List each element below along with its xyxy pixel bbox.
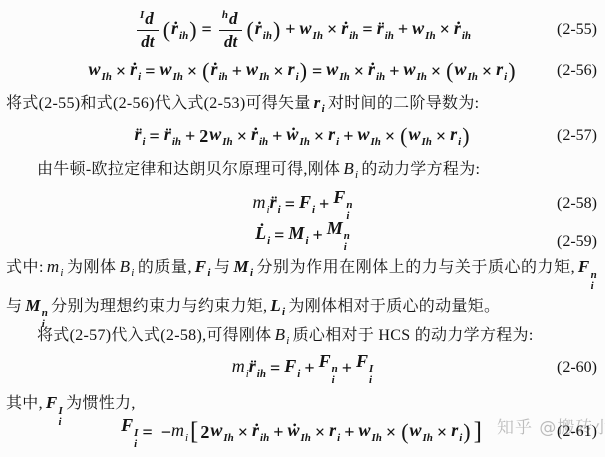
math-operator: ) [189, 17, 196, 43]
math-vector: ẇIh [286, 124, 309, 148]
math-subscript: Ih [339, 71, 349, 83]
math-base-letter: F [356, 351, 368, 371]
equation-2-55: Iddt(ṙih)=hddt(ṙih)+wIh×ṙih=r̈ih+wIh×… [0, 4, 605, 56]
math-operator: ] [474, 418, 482, 446]
math-subscript: i [282, 306, 285, 318]
math-subscript: ih [376, 71, 385, 83]
math-base-letter: w [454, 59, 466, 79]
math-base-letter: w [209, 124, 221, 144]
math-operator: + [344, 422, 354, 443]
math-subscript: Ih [421, 136, 431, 148]
math-operator: + [285, 19, 295, 40]
math-vector: ri [314, 93, 325, 112]
math-operator: + [304, 358, 314, 379]
equation-number: (2-59) [557, 233, 597, 251]
math-vector: FIi [356, 351, 373, 386]
math-operator: × [385, 126, 395, 147]
math-subscript: i [250, 267, 253, 279]
math-base-letter: F [195, 257, 207, 276]
math-operator: [ [190, 418, 198, 446]
equation-2-56: wIh×ṙi=wIh×(ṙih+wIh×ri)=wIh×ṙih+wIh×(… [0, 54, 605, 88]
math-superscript: n [344, 231, 350, 241]
math-subscript: i [131, 267, 134, 279]
math-subscript: i [369, 375, 373, 385]
math-operator: + [185, 126, 195, 147]
math-subscript: i [297, 368, 300, 380]
math-operator: × [187, 61, 197, 82]
inline-math: FIi [46, 393, 63, 412]
math-base-letter: F [121, 415, 133, 435]
math-base-letter: w [88, 59, 100, 79]
math-vector: r̈ih [249, 356, 266, 380]
math-operator: ( [163, 17, 170, 43]
math-subscript: ih [259, 136, 268, 148]
math-operator: × [314, 126, 324, 147]
math-vector: wIh [326, 59, 349, 83]
math-subscript: i [458, 136, 461, 148]
math-operator: × [327, 19, 337, 40]
math-base-letter: r̈ [270, 192, 277, 212]
math-vector: wIh [454, 59, 477, 83]
math-vector: ri [450, 124, 461, 148]
equation-body: wIh×ṙi=wIh×(ṙih+wIh×ri)=wIh×ṙih+wIh×(… [88, 58, 516, 84]
math-subscript: i [267, 235, 270, 247]
math-operator: ) [463, 419, 470, 445]
math-operator: × [440, 19, 450, 40]
math-base-letter: w [359, 420, 371, 440]
math-vector: Fni [319, 351, 338, 386]
math-subscript: i [278, 204, 281, 216]
math-scalar: mi [232, 356, 249, 380]
math-subscript: i [459, 432, 462, 444]
text-segment: 质心相对于 HCS 的动力学方程为: [293, 327, 534, 344]
math-base-letter: ṙ [255, 18, 262, 38]
math-base-letter: m [232, 356, 245, 376]
math-operator: × [238, 422, 248, 443]
inline-math: Fi [195, 257, 211, 276]
math-vector: ṙih [210, 59, 227, 83]
equation-number: (2-57) [557, 127, 597, 145]
text-segment: 分别为作用在刚体上的力与关于质心的力矩, [256, 259, 575, 276]
math-subscript: ih [179, 30, 188, 42]
math-superscript: n [42, 308, 48, 318]
math-operator: + [232, 61, 242, 82]
math-vector: FIi [121, 415, 138, 450]
text-segment: 式中: [6, 259, 44, 276]
math-vector: wIh [359, 420, 382, 444]
math-vector: Mni [25, 296, 48, 315]
math-subscript: ih [263, 30, 272, 42]
math-subscript: i [134, 439, 138, 449]
math-subscript: i [336, 136, 339, 148]
math-subscript: Ih [300, 432, 310, 444]
math-subscript: Ih [425, 30, 435, 42]
math-base-letter: w [246, 59, 258, 79]
math-subscript: i [142, 136, 145, 148]
math-subscript: i [305, 235, 308, 247]
math-vector: Fi [284, 356, 300, 380]
math-operator: = [285, 194, 295, 215]
math-operator: = [274, 225, 284, 246]
math-number: 2 [199, 126, 208, 147]
math-subscript: ih [349, 30, 358, 42]
math-vector: ri [288, 59, 299, 83]
frame-superscript: h [222, 9, 228, 21]
equation-body: L̇i=Mi+Mni [255, 218, 350, 253]
math-superscript: n [591, 270, 597, 280]
math-base-letter: m [47, 257, 60, 276]
math-base-letter: m [171, 420, 184, 440]
math-subscript: i [344, 242, 350, 252]
text-segment: 将式(2-57)代入式(2-58),可得刚体 [37, 327, 272, 344]
inline-math: ri [314, 93, 325, 112]
document-page: Iddt(ṙih)=hddt(ṙih)+wIh×ṙih=r̈ih+wIh×… [0, 0, 605, 457]
equation-number: (2-58) [557, 195, 597, 213]
math-scripts: ni [332, 364, 338, 385]
math-vector: Mni [327, 218, 350, 253]
math-superscript: n [346, 200, 352, 210]
math-base-letter: F [578, 257, 590, 276]
equation-2-57: r̈i=r̈ih+2wIh×ṙih+ẇIh×ri+wIh×(wIh×ri) … [0, 119, 605, 153]
math-base-letter: F [46, 393, 58, 412]
inline-math: Mi [234, 257, 254, 276]
text-segment: 与 [6, 298, 22, 315]
math-superscript: I [369, 364, 373, 374]
math-subscript: i [332, 375, 338, 385]
math-operator: ( [446, 58, 453, 84]
math-base-letter: ṙ [171, 18, 178, 38]
math-subscript: Ih [173, 71, 183, 83]
math-subscript: i [296, 71, 299, 83]
math-base-letter: w [210, 420, 222, 440]
math-base-letter: F [319, 351, 331, 371]
text-segment: 由牛顿-欧拉定律和达朗贝尔原理可得,刚体 [37, 161, 340, 178]
math-scripts: Ii [134, 428, 138, 449]
math-operator: × [273, 61, 283, 82]
equation-number: (2-60) [557, 359, 597, 377]
math-base-letter: ẇ [287, 420, 299, 440]
math-subscript: ih [462, 30, 471, 42]
math-base-letter: ṙ [454, 18, 461, 38]
math-vector: L̇i [255, 223, 270, 247]
math-operator: × [431, 61, 441, 82]
math-operator: ) [273, 17, 280, 43]
math-scalar: Bi [275, 325, 290, 344]
math-operator: × [482, 61, 492, 82]
math-subscript: Ih [416, 71, 426, 83]
math-vector: Mi [288, 223, 308, 247]
math-subscript: i [591, 281, 597, 291]
math-operator: + [342, 358, 352, 379]
math-subscript: i [504, 71, 507, 83]
equation-body: Iddt(ṙih)=hddt(ṙih)+wIh×ṙih=r̈ih+wIh×… [134, 10, 471, 51]
text-segment: 与 [214, 259, 231, 276]
math-vector: Fni [333, 187, 352, 222]
math-subscript: i [312, 204, 315, 216]
math-scalar: mi [47, 257, 64, 276]
math-superscript: I [134, 428, 138, 438]
math-vector: wIh [403, 59, 426, 83]
equation-2-59: L̇i=Mi+Mni (2-59) [0, 219, 605, 251]
math-operator: ) [300, 58, 307, 84]
math-vector: r̈i [134, 124, 145, 148]
math-vector: ri [328, 124, 339, 148]
math-vector: ri [451, 420, 462, 444]
inline-math: Bi [343, 159, 358, 178]
math-scripts: ni [591, 270, 597, 291]
math-subscript: i [207, 267, 210, 279]
fraction-numerator: hd [219, 10, 243, 31]
math-base-letter: r [328, 124, 335, 144]
math-scalar: mi [253, 192, 270, 216]
math-subscript: i [322, 103, 325, 115]
math-scalar: Bi [343, 159, 358, 178]
math-base-letter: F [299, 192, 311, 212]
math-vector: wIh [88, 59, 111, 83]
text-segment: 的动力学方程为: [361, 161, 480, 178]
inline-math: Fni [578, 257, 597, 276]
inline-math: Bi [120, 257, 135, 276]
math-subscript: i [337, 432, 340, 444]
math-operator: + [313, 225, 323, 246]
math-vector: wIh [408, 124, 431, 148]
math-vector: wIh [357, 124, 380, 148]
math-vector: ṙi [130, 59, 141, 83]
math-operator: − [161, 422, 171, 443]
math-vector: ṙih [251, 124, 268, 148]
math-base-letter: ṙ [251, 124, 258, 144]
math-operator: × [237, 126, 247, 147]
math-operator: = [150, 126, 160, 147]
math-operator: × [436, 126, 446, 147]
math-number: 2 [200, 422, 209, 443]
math-base-letter: M [234, 257, 249, 276]
math-vector: wIh [246, 59, 269, 83]
equation-2-60: mir̈ih=Fi+Fni+FIi (2-60) [0, 352, 605, 384]
math-vector: Fi [195, 257, 211, 276]
math-subscript: i [286, 335, 289, 347]
math-base-letter: ṙ [368, 59, 375, 79]
math-vector: wIh [209, 124, 232, 148]
math-base-letter: ẇ [286, 124, 298, 144]
math-subscript: Ih [313, 30, 323, 42]
math-operator: + [272, 126, 282, 147]
math-base-letter: r̈ [377, 18, 384, 38]
math-subscript: ih [172, 136, 181, 148]
math-operator: × [354, 61, 364, 82]
inline-math: mi [47, 257, 64, 276]
math-vector: wIh [412, 18, 435, 42]
math-vector: FIi [46, 393, 63, 412]
math-subscript: i [60, 267, 63, 279]
inline-math: Li [270, 296, 285, 315]
math-operator: = [312, 61, 322, 82]
math-base-letter: r [288, 59, 295, 79]
math-subscript: Ih [370, 136, 380, 148]
equation-body: r̈i=r̈ih+2wIh×ṙih+ẇIh×ri+wIh×(wIh×ri) [134, 123, 470, 149]
math-subscript: ih [385, 30, 394, 42]
math-vector: ṙih [252, 420, 269, 444]
math-subscript: ih [257, 368, 266, 380]
math-operator: × [116, 61, 126, 82]
math-vector: Fni [578, 257, 597, 276]
math-base-letter: F [284, 356, 296, 376]
math-base-letter: w [159, 59, 171, 79]
math-fraction: Iddt [137, 10, 159, 51]
math-superscript: n [332, 364, 338, 374]
inline-math: Bi [275, 325, 290, 344]
math-operator: + [343, 126, 353, 147]
math-fraction: hddt [219, 10, 243, 51]
math-base-letter: r [329, 420, 336, 440]
equation-body: mir̈ih=Fi+Fni+FIi [232, 351, 374, 386]
math-vector: ri [329, 420, 340, 444]
math-vector: ṙih [255, 18, 272, 42]
math-base-letter: r [496, 59, 503, 79]
math-operator: = [270, 358, 280, 379]
math-subscript: Ih [222, 136, 232, 148]
text-segment: 分别为理想约束力与约束力矩, [51, 298, 267, 315]
math-subscript: i [355, 169, 358, 181]
math-base-letter: M [327, 218, 343, 238]
math-vector: ṙih [368, 59, 385, 83]
math-base-letter: ṙ [130, 59, 137, 79]
math-vector: wIh [159, 59, 182, 83]
paragraph-symbol-definitions: 式中:mi为刚体Bi的质量,Fi与Mi分别为作用在刚体上的力与关于质心的力矩,F… [6, 252, 600, 329]
math-operator: = [202, 19, 212, 40]
math-base-letter: w [357, 124, 369, 144]
math-base-letter: M [288, 223, 304, 243]
text-segment: 为刚体相对于质心的动量矩。 [288, 298, 500, 315]
math-base-letter: m [253, 192, 266, 212]
math-base-letter: r [450, 124, 457, 144]
equation-2-61: FIi=−mi[2wIh×ṙih+ẇIh×ri+wIh×(wIh×ri)] … [0, 414, 605, 450]
equation-body: FIi=−mi[2wIh×ṙih+ẇIh×ri+wIh×(wIh×ri)] [121, 415, 484, 450]
math-base-letter: ṙ [341, 18, 348, 38]
math-vector: Mi [234, 257, 254, 276]
math-base-letter: w [412, 18, 424, 38]
math-operator: = [142, 422, 152, 443]
math-base-letter: L̇ [255, 223, 266, 243]
math-operator: + [273, 422, 283, 443]
math-subscript: Ih [372, 432, 382, 444]
fraction-denominator: dt [224, 31, 237, 51]
math-operator: ( [202, 58, 209, 84]
math-scripts: ni [344, 231, 350, 252]
equation-2-58: mir̈i=Fi+Fni (2-58) [0, 189, 605, 219]
math-vector: r̈i [270, 192, 281, 216]
math-subscript: Ih [259, 71, 269, 83]
math-base-letter: r̈ [164, 124, 171, 144]
math-base-letter: r [314, 93, 321, 112]
fraction-numerator: Id [137, 10, 159, 31]
math-vector: ṙih [454, 18, 471, 42]
math-base-letter: w [410, 420, 422, 440]
math-scalar: mi [171, 420, 188, 444]
math-base-letter: r [451, 420, 458, 440]
frame-superscript: I [140, 9, 144, 21]
math-vector: r̈ih [377, 18, 394, 42]
math-vector: r̈ih [164, 124, 181, 148]
math-vector: Li [270, 296, 285, 315]
math-operator: ( [246, 17, 253, 43]
text-segment: 其中, [6, 395, 43, 412]
text-segment: 的质量, [138, 259, 192, 276]
math-vector: ṙih [341, 18, 358, 42]
math-base-letter: L [270, 296, 281, 315]
equation-number: (2-61) [557, 423, 597, 441]
math-base-letter: w [300, 18, 312, 38]
math-base-letter: r̈ [249, 356, 256, 376]
math-operator: × [315, 422, 325, 443]
text-segment: 对时间的二阶导数为: [328, 95, 479, 112]
text-segment: 为惯性力, [66, 395, 136, 412]
math-base-letter: ṙ [252, 420, 259, 440]
math-scripts: Ii [369, 364, 373, 385]
math-subscript: Ih [299, 136, 309, 148]
math-operator: × [386, 422, 396, 443]
equation-number: (2-55) [557, 21, 597, 39]
math-operator: ) [462, 123, 469, 149]
math-base-letter: w [403, 59, 415, 79]
math-vector: Fi [299, 192, 315, 216]
math-vector: ẇIh [287, 420, 310, 444]
math-subscript: Ih [223, 432, 233, 444]
math-operator: × [437, 422, 447, 443]
text-segment: 将式(2-55)和式(2-56)代入式(2-53)可得矢量 [6, 95, 311, 112]
math-operator: = [145, 61, 155, 82]
math-operator: + [319, 194, 329, 215]
math-vector: ṙih [171, 18, 188, 42]
math-scalar: Bi [120, 257, 135, 276]
fraction-denominator: dt [141, 31, 154, 51]
math-subscript: i [138, 71, 141, 83]
math-operator: ) [508, 58, 515, 84]
math-subscript: Ih [467, 71, 477, 83]
math-base-letter: B [343, 159, 354, 178]
math-base-letter: B [275, 325, 286, 344]
math-base-letter: r̈ [134, 124, 141, 144]
math-subscript: ih [219, 71, 228, 83]
math-base-letter: w [408, 124, 420, 144]
math-vector: wIh [410, 420, 433, 444]
text-segment: 为刚体 [67, 259, 117, 276]
math-vector: wIh [210, 420, 233, 444]
math-vector: ri [496, 59, 507, 83]
math-vector: wIh [300, 18, 323, 42]
math-subscript: i [185, 432, 188, 444]
math-base-letter: ṙ [210, 59, 217, 79]
equation-body: mir̈i=Fi+Fni [253, 187, 353, 222]
math-subscript: ih [260, 432, 269, 444]
math-subscript: Ih [101, 71, 111, 83]
equation-number: (2-56) [557, 62, 597, 80]
math-operator: = [362, 19, 372, 40]
math-operator: ( [401, 419, 408, 445]
paragraph-newton-euler: 由牛顿-欧拉定律和达朗贝尔原理可得,刚体Bi的动力学方程为: [6, 154, 600, 190]
math-base-letter: F [333, 187, 345, 207]
math-base-letter: B [120, 257, 131, 276]
math-operator: ( [400, 123, 407, 149]
math-subscript: Ih [423, 432, 433, 444]
inline-math: Mni [25, 296, 48, 315]
math-operator: + [398, 19, 408, 40]
math-operator: + [389, 61, 399, 82]
math-base-letter: M [25, 296, 40, 315]
math-base-letter: w [326, 59, 338, 79]
